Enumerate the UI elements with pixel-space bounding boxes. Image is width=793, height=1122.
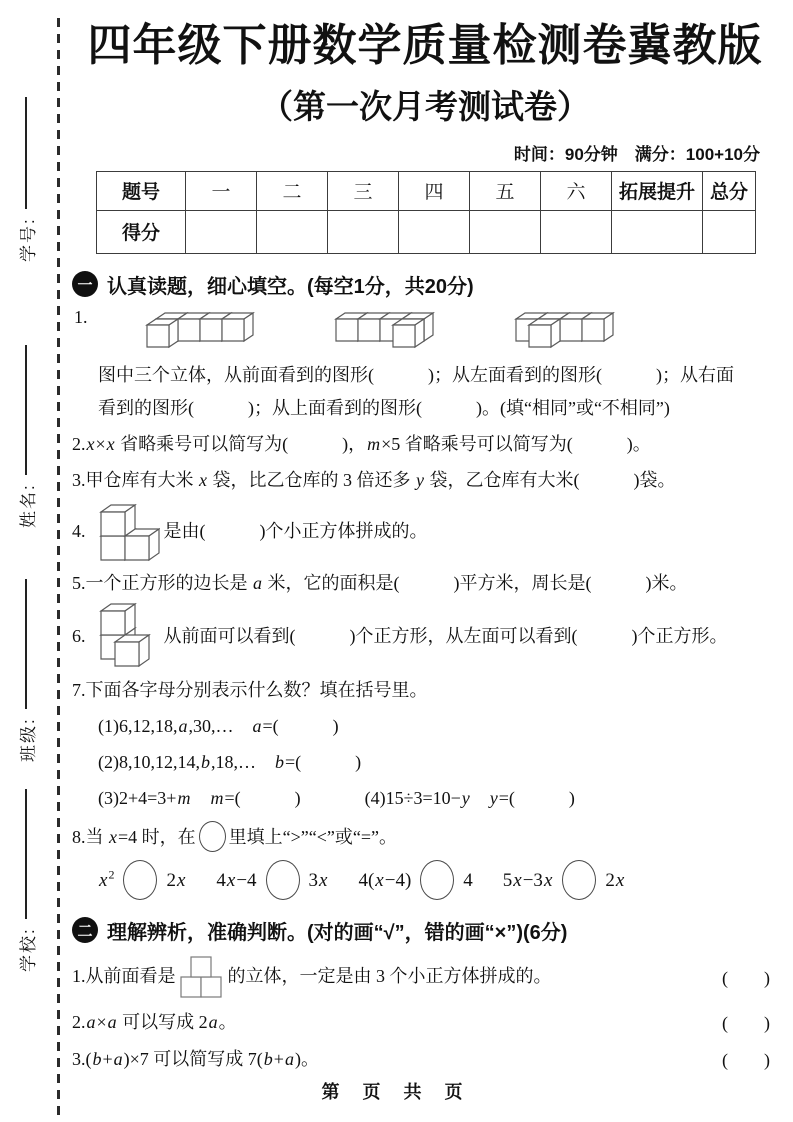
judge-q1-post: 的立体，一定是由 3 个小正方体拼成的。 [228, 963, 552, 990]
comparison-circle [562, 860, 596, 900]
class-blank-line [25, 579, 27, 709]
score-col-1: 一 [186, 171, 257, 210]
comparison-circle [199, 821, 226, 852]
score-table: 题号 一 二 三 四 五 六 拓展提升 总分 得分 [96, 171, 756, 254]
comparison-circle [266, 860, 300, 900]
score-col-label: 题号 [97, 171, 186, 210]
question-7-sub3: (3)2+4=3+m m=( ) [98, 785, 301, 812]
school-label: 学校: [14, 927, 39, 972]
score-cell [328, 210, 399, 253]
cube-figure-q4 [90, 498, 160, 566]
cube-figure-2 [320, 307, 448, 353]
page-title: 四年级下册数学质量检测卷冀教版 [72, 20, 778, 73]
score-cell [257, 210, 328, 253]
judge-q3-text: 3.(b+a)×7 可以简写成 7(b+a)。 [72, 1046, 319, 1073]
cube-figure-q6 [90, 601, 160, 673]
question-6-text: 从前面可以看到( )个正方形，从左面可以看到( )个正方形。 [164, 623, 728, 650]
class-label: 班级: [14, 717, 39, 762]
page-footer: 第 页 共 页 [0, 1078, 793, 1104]
question-4-text: 是由( )个小正方体拼成的。 [164, 518, 428, 545]
comparison-circle [123, 860, 157, 900]
section-one-badge-icon: 一 [72, 271, 98, 297]
judge-question-1-content: 1.从前面看是 的立体，一定是由 3 个小正方体拼成的。 [72, 955, 552, 999]
judge-q1-answer-blank: ( ) [722, 964, 770, 990]
score-col-6: 六 [541, 171, 612, 210]
question-1-number: 1. [74, 307, 88, 328]
square-figure-judge1 [178, 955, 226, 999]
score-col-5: 五 [470, 171, 541, 210]
page-subtitle: （第一次月考测试卷） [72, 81, 778, 128]
question-4: 4. 是由( )个小正方体拼成的。 [72, 498, 778, 566]
question-7-sub3-4: (3)2+4=3+m m=( ) (4)15÷3=10−y y=( ) [72, 785, 778, 812]
section1-header: 一 认真读题，细心填空。(每空1分，共20分) [72, 270, 778, 299]
exam-page: 学号: 姓名: 班级: 学校: 四年级下册数学质量检测卷冀教版 （第一次月考测试… [0, 0, 793, 1122]
question-8-item-3: 4(x−4)4 [358, 860, 472, 900]
cube-figure-1 [140, 307, 268, 353]
judge-q2-text: 2.a×a 可以写成 2a。 [72, 1009, 237, 1036]
question-1-figures: 1. [74, 307, 778, 353]
score-table-header-row: 题号 一 二 三 四 五 六 拓展提升 总分 [97, 171, 756, 210]
question-1-line2: 看到的图形( )；从上面看到的图形( )。(填“相同”或“不相同”) [72, 395, 778, 422]
score-cell [703, 210, 756, 253]
question-4-number: 4. [72, 518, 86, 545]
question-7-sub4: (4)15÷3=10−y y=( ) [365, 785, 575, 812]
score-cell [612, 210, 703, 253]
score-cell [399, 210, 470, 253]
judge-question-3: 3.(b+a)×7 可以简写成 7(b+a)。 ( ) [72, 1046, 770, 1073]
section2-title: 理解辨析，准确判断。(对的画“√”，错的画“×”)(6分) [107, 916, 567, 945]
question-2: 2.x×x 省略乘号可以简写为( )，m×5 省略乘号可以简写为( )。 [72, 431, 778, 458]
margin-field-student-id: 学号: [14, 97, 38, 262]
judge-question-1: 1.从前面看是 的立体，一定是由 3 个小正方体拼成的。 ( ) [72, 955, 770, 999]
score-col-4: 四 [399, 171, 470, 210]
margin-dashed-divider [57, 18, 60, 1122]
judge-q3-answer-blank: ( ) [722, 1046, 770, 1072]
question-7-intro: 7.下面各字母分别表示什么数？填在括号里。 [72, 677, 778, 704]
question-8-items: x22x 4x−43x 4(x−4)4 5x−3x2x [98, 860, 778, 900]
question-7-sub1: (1)6,12,18,a,30,… a=( ) [72, 713, 778, 740]
score-cell [186, 210, 257, 253]
section1-title: 认真读题，细心填空。(每空1分，共20分) [107, 270, 474, 299]
question-8-item-4: 5x−3x2x [503, 860, 626, 900]
cube-figure-3 [500, 307, 628, 353]
name-label: 姓名: [14, 483, 39, 528]
margin-field-school: 学校: [14, 789, 38, 972]
margin-field-name: 姓名: [14, 345, 38, 528]
question-8-item-1: x22x [98, 860, 186, 900]
question-5: 5.一个正方形的边长是 a 米，它的面积是( )平方米，周长是( )米。 [72, 570, 778, 597]
score-cell [541, 210, 612, 253]
question-3: 3.甲仓库有大米 x 袋，比乙仓库的 3 倍还多 y 袋，乙仓库有大米( )袋。 [72, 467, 778, 494]
score-col-total: 总分 [703, 171, 756, 210]
score-col-2: 二 [257, 171, 328, 210]
judge-question-2: 2.a×a 可以写成 2a。 ( ) [72, 1009, 770, 1036]
question-8-item-2: 4x−43x [216, 860, 328, 900]
name-blank-line [25, 345, 27, 475]
judge-q1-pre: 1.从前面看是 [72, 963, 176, 990]
question-1-line1: 图中三个立体，从前面看到的图形( )；从左面看到的图形( )；从右面 [72, 362, 778, 389]
score-table-score-row: 得分 [97, 210, 756, 253]
question-6-number: 6. [72, 623, 86, 650]
score-col-bonus: 拓展提升 [612, 171, 703, 210]
score-col-3: 三 [328, 171, 399, 210]
section2-header: 二 理解辨析，准确判断。(对的画“√”，错的画“×”)(6分) [72, 916, 778, 945]
school-blank-line [25, 789, 27, 919]
judge-q2-answer-blank: ( ) [722, 1009, 770, 1035]
score-row-label: 得分 [97, 210, 186, 253]
student-id-label: 学号: [14, 217, 39, 262]
time-score-info: 时间：90分钟 满分：100+10分 [72, 140, 778, 165]
score-cell [470, 210, 541, 253]
comparison-circle [420, 860, 454, 900]
question-8-intro: 8.当 x=4 时，在里填上“>”“<”或“=”。 [72, 821, 778, 852]
student-id-blank-line [25, 97, 27, 209]
section-two-badge-icon: 二 [72, 917, 98, 943]
question-7-sub2: (2)8,10,12,14,b,18,… b=( ) [72, 749, 778, 776]
question-6: 6. 从前面可以看到( )个正方形，从左面可以看到( )个正方形。 [72, 601, 778, 673]
margin-field-class: 班级: [14, 579, 38, 762]
